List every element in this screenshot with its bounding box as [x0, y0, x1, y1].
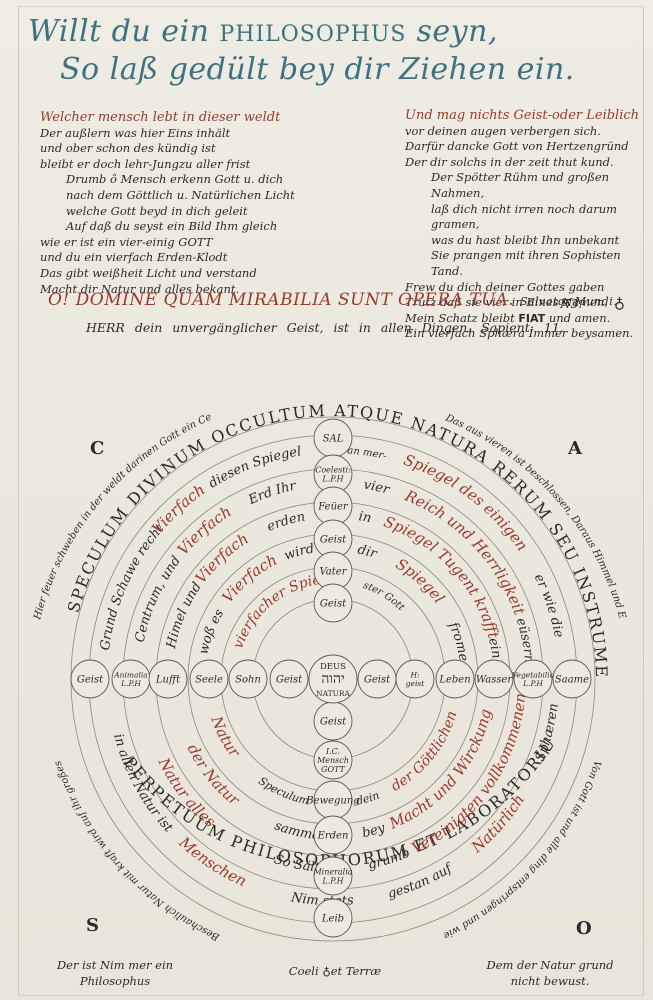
- center-deus-natura: DEUSיהוהNATURA: [309, 655, 357, 703]
- svg-text:Natur: Natur: [207, 713, 244, 761]
- footer-coeli: Coeli: [289, 964, 319, 978]
- earth-symbol-icon: ♁: [322, 964, 330, 978]
- circle-node: Leben: [436, 660, 474, 698]
- footer-right: Dem der Natur grund nicht bewust.: [480, 957, 620, 989]
- svg-text:Spiegel Tugent krafft: Spiegel Tugent krafft: [381, 513, 502, 642]
- svg-text:vier: vier: [362, 478, 391, 499]
- corner-letter-a: A: [568, 438, 582, 459]
- svg-text:L.P.H: L.P.H: [321, 876, 344, 885]
- svg-text:frome: frome: [445, 619, 471, 663]
- circle-node: Geist: [270, 660, 308, 698]
- title-line-2: So laß gedült bey dir Ziehen ein.: [60, 52, 653, 87]
- svg-text:Lufft: Lufft: [155, 675, 181, 686]
- svg-text:Seele: Seele: [195, 675, 223, 686]
- circle-node: Feüer: [314, 487, 352, 525]
- title-caps: PHILOSOPHUS: [219, 22, 406, 47]
- svg-text:Geist: Geist: [77, 675, 104, 686]
- svg-text:L.P.H: L.P.H: [120, 679, 141, 688]
- svg-text:Wasser: Wasser: [476, 675, 514, 686]
- svg-text:Erden: Erden: [317, 831, 349, 842]
- title-suffix: seyn,: [407, 14, 499, 49]
- circle-node: Leib: [314, 899, 352, 937]
- circle-node: Geist: [314, 702, 352, 740]
- title-line-1: Willt du ein PHILOSOPHUS seyn,: [28, 14, 648, 49]
- circle-node: Lufft: [149, 660, 187, 698]
- svg-text:in allen Natur ist: in allen Natur ist: [110, 732, 176, 836]
- svg-text:Geist: Geist: [364, 675, 391, 686]
- svg-text:an mer-: an mer-: [347, 445, 388, 462]
- poem-line: Drumb ô Mensch erkenn Gott u. dich: [40, 172, 320, 188]
- circle-node: I.C.MenschGOTT: [314, 741, 352, 779]
- circle-node: H:geist: [396, 660, 434, 698]
- svg-text:bey: bey: [361, 820, 388, 841]
- svg-text:ein: ein: [485, 637, 504, 660]
- svg-text:Geist: Geist: [320, 599, 347, 610]
- manuscript-page: Willt du ein PHILOSOPHUS seyn, So laß ge…: [0, 0, 653, 1000]
- svg-text:Himel und: Himel und: [164, 580, 205, 651]
- circle-node: Erden: [314, 816, 352, 854]
- latin-motto: O! DOMINE QUAM MIRABILIA SUNT OPERA TUA.…: [48, 290, 617, 310]
- poem-line: wie er ist ein vier-einig GOTT: [40, 235, 320, 251]
- svg-text:eüsern: eüsern: [513, 616, 537, 664]
- svg-text:NATURA: NATURA: [316, 689, 351, 698]
- corner-letter-c: C: [90, 438, 104, 459]
- svg-text:L.P.H: L.P.H: [522, 679, 543, 688]
- circle-node: Bewegung: [305, 781, 359, 819]
- svg-text:in: in: [357, 509, 372, 526]
- motto-german-ref: Sapient: 11.: [481, 320, 564, 335]
- svg-text:Mineralia: Mineralia: [312, 867, 352, 876]
- poem-line: und ober schon des kündig ist: [40, 141, 320, 157]
- svg-text:Sohn: Sohn: [235, 675, 261, 686]
- svg-text:יהוה: יהוה: [321, 671, 344, 687]
- circle-node: AnimaliaL.P.H: [112, 660, 150, 698]
- svg-text:Saame: Saame: [555, 675, 589, 686]
- circle-node: VegetabiliaL.P.H: [512, 660, 554, 698]
- poem-line: welche Gott beyd in dich geleit: [40, 204, 320, 220]
- svg-text:ster Gott: ster Gott: [362, 580, 408, 614]
- poem-line: Der Spötter Rühm und großen Nahmen,: [405, 170, 645, 201]
- svg-text:woß es: woß es: [196, 606, 227, 656]
- motto-german: HERR dein unvergänglicher Geist, ist in …: [86, 320, 471, 335]
- poem-line: vor deinen augen verbergen sich.: [405, 124, 645, 140]
- circle-node: Geist: [71, 660, 109, 698]
- poem-line: Darfür dancke Gott von Hertzengründ: [405, 139, 645, 155]
- corner-letter-o: O: [576, 918, 592, 939]
- svg-text:Coelesti:: Coelesti:: [315, 465, 351, 474]
- circle-node: Sohn: [229, 660, 267, 698]
- svg-text:Leben: Leben: [438, 675, 470, 686]
- svg-text:Geist: Geist: [320, 717, 347, 728]
- footer-left: Der ist Nim mer ein Philosophus: [40, 957, 190, 989]
- poem-line: Der dir solchs in der zeit thut kund.: [405, 155, 645, 171]
- footer-center: Coeli ♁et Terræ: [250, 963, 420, 979]
- svg-text:I.C.: I.C.: [325, 747, 340, 756]
- svg-text:Bewegung: Bewegung: [305, 796, 359, 807]
- svg-text:geist: geist: [406, 679, 425, 688]
- svg-text:dir: dir: [356, 542, 379, 562]
- corner-letter-s: S: [86, 915, 99, 936]
- poem-line: was du hast bleibt Ihn unbekant: [405, 233, 645, 249]
- poem-line: Der außlern was hier Eins inhält: [40, 126, 320, 142]
- circle-node: Geist: [314, 584, 352, 622]
- svg-text:Mensch: Mensch: [316, 756, 349, 765]
- title-prefix: Willt du ein: [28, 14, 219, 49]
- svg-text:GOTT: GOTT: [321, 765, 345, 774]
- circle-node: Wasser: [475, 660, 513, 698]
- poem-line: Und mag nichts Geist-oder Leiblich: [405, 108, 645, 124]
- svg-text:SAL: SAL: [323, 434, 344, 445]
- circle-node: Saame: [553, 660, 591, 698]
- german-motto: HERR dein unvergänglicher Geist, ist in …: [86, 320, 564, 335]
- svg-text:Leib: Leib: [321, 914, 344, 925]
- circle-node: SAL: [314, 419, 352, 457]
- poem-line: nach dem Göttlich u. Natürlichen Licht: [40, 188, 320, 204]
- footer-terrae: et Terræ: [331, 964, 381, 978]
- motto-attribution: Salvator Mundi.: [520, 295, 617, 308]
- svg-text:Erd Ihr: Erd Ihr: [245, 479, 297, 509]
- svg-text:wird: wird: [282, 541, 315, 563]
- poem-line: und du ein vierfach Erden-Klodt: [40, 250, 320, 266]
- svg-text:er wie die: er wie die: [531, 572, 566, 640]
- circle-node: Seele: [190, 660, 228, 698]
- svg-text:Vater: Vater: [320, 567, 348, 578]
- motto-latin: O! DOMINE QUAM MIRABILIA SUNT OPERA TUA.: [48, 290, 514, 310]
- concentric-circle-diagram: SPECULUM DIVINUM OCCULTUM ATQUE NATURA R…: [0, 380, 653, 1000]
- poem-left: Welcher mensch lebt in dieser weldtDer a…: [40, 110, 320, 297]
- svg-text:Geist: Geist: [276, 675, 303, 686]
- svg-text:Feüer: Feüer: [317, 502, 349, 513]
- poem-line: Das gibt weißheit Licht und verstand: [40, 266, 320, 282]
- svg-text:Reich und Herrligkeit: Reich und Herrligkeit: [402, 486, 529, 618]
- poem-line: Welcher mensch lebt in dieser weldt: [40, 110, 320, 126]
- poem-line: Auf daß du seyst ein Bild Ihm gleich: [40, 219, 320, 235]
- svg-text:Sphæren: Sphæren: [533, 702, 562, 763]
- poem-line: bleibt er doch lehr-Jungzu aller frist: [40, 157, 320, 173]
- poem-line: laß dich nicht irren noch darum gramen,: [405, 202, 645, 233]
- poem-line: Sie prangen mit ihren Sophisten Tand.: [405, 248, 645, 279]
- svg-text:Geist: Geist: [320, 535, 347, 546]
- circle-node: Geist: [358, 660, 396, 698]
- svg-text:L.P.H: L.P.H: [321, 474, 344, 483]
- svg-text:Vereinigten vollkommenen: Vereinigten vollkommenen: [409, 692, 530, 857]
